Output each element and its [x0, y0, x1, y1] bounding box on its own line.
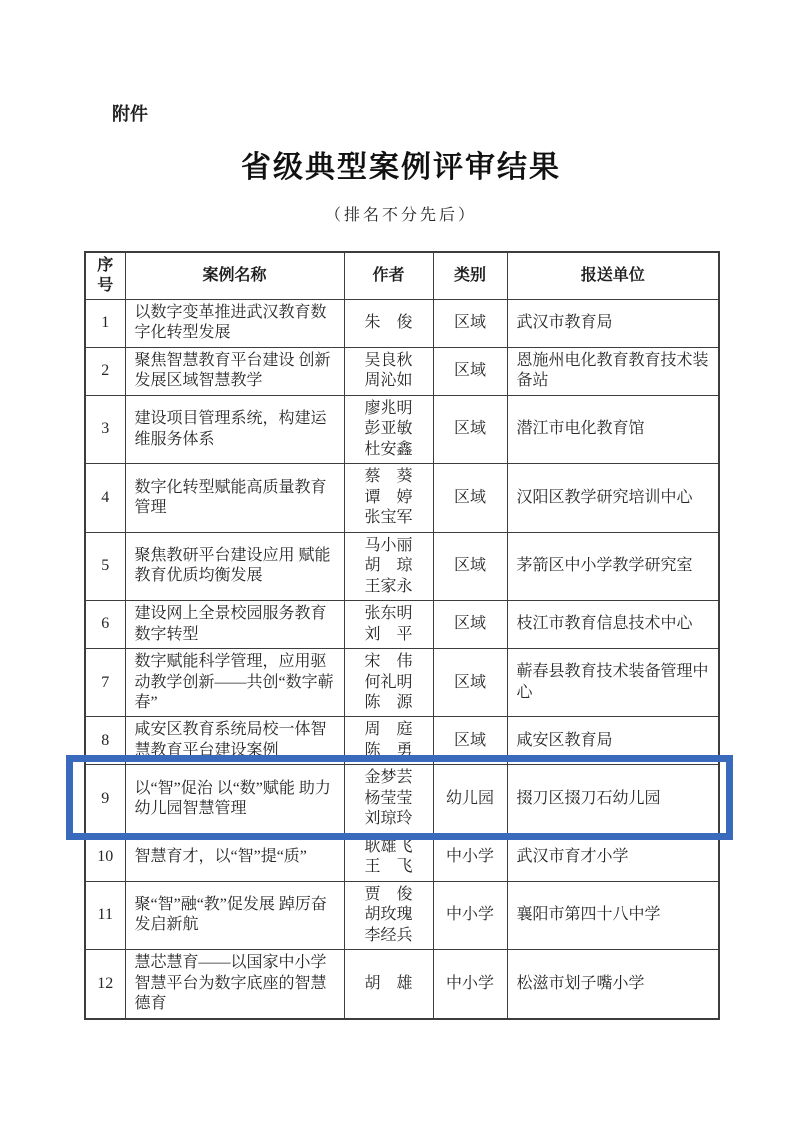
cell-row-number: 2: [85, 347, 125, 395]
cell-category: 区域: [433, 347, 507, 395]
cell-unit: 松滋市划子嘴小学: [507, 950, 719, 1019]
highlight-box: [66, 755, 733, 840]
cell-unit: 潜江市电化教育馆: [507, 395, 719, 463]
cell-row-number: 10: [85, 833, 125, 881]
cell-case-name: 聚“智”融“教”促发展 踔厉奋发启新航: [125, 881, 344, 949]
table-row: 5 聚焦教研平台建设应用 赋能教育优质均衡发展 马小丽 胡 琼 王家永 区域 茅…: [85, 532, 719, 600]
table-row: 10 智慧育才，以“智”提“质” 耿雄飞 王 飞 中小学 武汉市育才小学: [85, 833, 719, 881]
table-row: 12 慧芯慧育——以国家中小学智慧平台为数字底座的智慧德育 胡 雄 中小学 松滋…: [85, 950, 719, 1019]
cell-row-number: 5: [85, 532, 125, 600]
table-row: 7 数字赋能科学管理，应用驱动教学创新——共创“数字蕲春” 宋 伟 何礼明 陈 …: [85, 649, 719, 717]
cell-authors: 宋 伟 何礼明 陈 源: [344, 649, 433, 717]
cell-authors: 耿雄飞 王 飞: [344, 833, 433, 881]
cell-category: 中小学: [433, 950, 507, 1019]
cell-case-name: 聚焦智慧教育平台建设 创新发展区域智慧教学: [125, 347, 344, 395]
table-row: 6 建设网上全景校园服务教育数字转型 张东明 刘 平 区域 枝江市教育信息技术中…: [85, 601, 719, 649]
cell-category: 区域: [433, 649, 507, 717]
cell-category: 区域: [433, 300, 507, 348]
col-header-name: 案例名称: [125, 252, 344, 300]
cell-category: 区域: [433, 464, 507, 532]
cell-row-number: 3: [85, 395, 125, 463]
cell-unit: 枝江市教育信息技术中心: [507, 601, 719, 649]
cell-unit: 襄阳市第四十八中学: [507, 881, 719, 949]
cell-authors: 张东明 刘 平: [344, 601, 433, 649]
cell-unit: 茅箭区中小学教学研究室: [507, 532, 719, 600]
cell-unit: 汉阳区教学研究培训中心: [507, 464, 719, 532]
cell-unit: 武汉市教育局: [507, 300, 719, 348]
cell-authors: 马小丽 胡 琼 王家永: [344, 532, 433, 600]
table-row: 1 以数字变革推进武汉教育数字化转型发展 朱 俊 区域 武汉市教育局: [85, 300, 719, 348]
cell-case-name: 数字赋能科学管理，应用驱动教学创新——共创“数字蕲春”: [125, 649, 344, 717]
table-row: 3 建设项目管理系统，构建运维服务体系 廖兆明 彭亚敏 杜安鑫 区域 潜江市电化…: [85, 395, 719, 463]
cell-unit: 蕲春县教育技术装备管理中心: [507, 649, 719, 717]
cell-row-number: 7: [85, 649, 125, 717]
document-page: 附件 省级典型案例评审结果 （排名不分先后） 序号 案例名称 作者 类别 报送单…: [0, 0, 796, 1125]
table-row: 2 聚焦智慧教育平台建设 创新发展区域智慧教学 吴良秋 周沁如 区域 恩施州电化…: [85, 347, 719, 395]
col-header-authors: 作者: [344, 252, 433, 300]
table-header-row: 序号 案例名称 作者 类别 报送单位: [85, 252, 719, 300]
cell-authors: 廖兆明 彭亚敏 杜安鑫: [344, 395, 433, 463]
cell-category: 区域: [433, 532, 507, 600]
col-header-no: 序号: [85, 252, 125, 300]
cell-case-name: 数字化转型赋能高质量教育管理: [125, 464, 344, 532]
col-header-unit: 报送单位: [507, 252, 719, 300]
page-subtitle: （排名不分先后）: [84, 202, 718, 225]
cell-row-number: 11: [85, 881, 125, 949]
cell-category: 中小学: [433, 881, 507, 949]
cell-category: 区域: [433, 395, 507, 463]
table-row: 4 数字化转型赋能高质量教育管理 蔡 葵 谭 婷 张宝军 区域 汉阳区教学研究培…: [85, 464, 719, 532]
cell-category: 中小学: [433, 833, 507, 881]
table-row: 11 聚“智”融“教”促发展 踔厉奋发启新航 贾 俊 胡玫瑰 李经兵 中小学 襄…: [85, 881, 719, 949]
cell-case-name: 聚焦教研平台建设应用 赋能教育优质均衡发展: [125, 532, 344, 600]
col-header-category: 类别: [433, 252, 507, 300]
cell-authors: 朱 俊: [344, 300, 433, 348]
page-title: 省级典型案例评审结果: [84, 142, 718, 186]
cell-case-name: 以数字变革推进武汉教育数字化转型发展: [125, 300, 344, 348]
cell-case-name: 慧芯慧育——以国家中小学智慧平台为数字底座的智慧德育: [125, 950, 344, 1019]
cell-authors: 胡 雄: [344, 950, 433, 1019]
cell-unit: 恩施州电化教育教育技术装备站: [507, 347, 719, 395]
cell-case-name: 智慧育才，以“智”提“质”: [125, 833, 344, 881]
cell-row-number: 4: [85, 464, 125, 532]
cell-case-name: 建设网上全景校园服务教育数字转型: [125, 601, 344, 649]
cell-case-name: 建设项目管理系统，构建运维服务体系: [125, 395, 344, 463]
table-body: 1 以数字变革推进武汉教育数字化转型发展 朱 俊 区域 武汉市教育局 2 聚焦智…: [85, 300, 719, 1019]
cell-authors: 吴良秋 周沁如: [344, 347, 433, 395]
attachment-label: 附件: [112, 100, 148, 126]
cell-row-number: 1: [85, 300, 125, 348]
results-table: 序号 案例名称 作者 类别 报送单位 1 以数字变革推进武汉教育数字化转型发展 …: [84, 251, 720, 1020]
cell-row-number: 6: [85, 601, 125, 649]
cell-authors: 贾 俊 胡玫瑰 李经兵: [344, 881, 433, 949]
cell-authors: 蔡 葵 谭 婷 张宝军: [344, 464, 433, 532]
cell-unit: 武汉市育才小学: [507, 833, 719, 881]
cell-row-number: 12: [85, 950, 125, 1019]
cell-category: 区域: [433, 601, 507, 649]
